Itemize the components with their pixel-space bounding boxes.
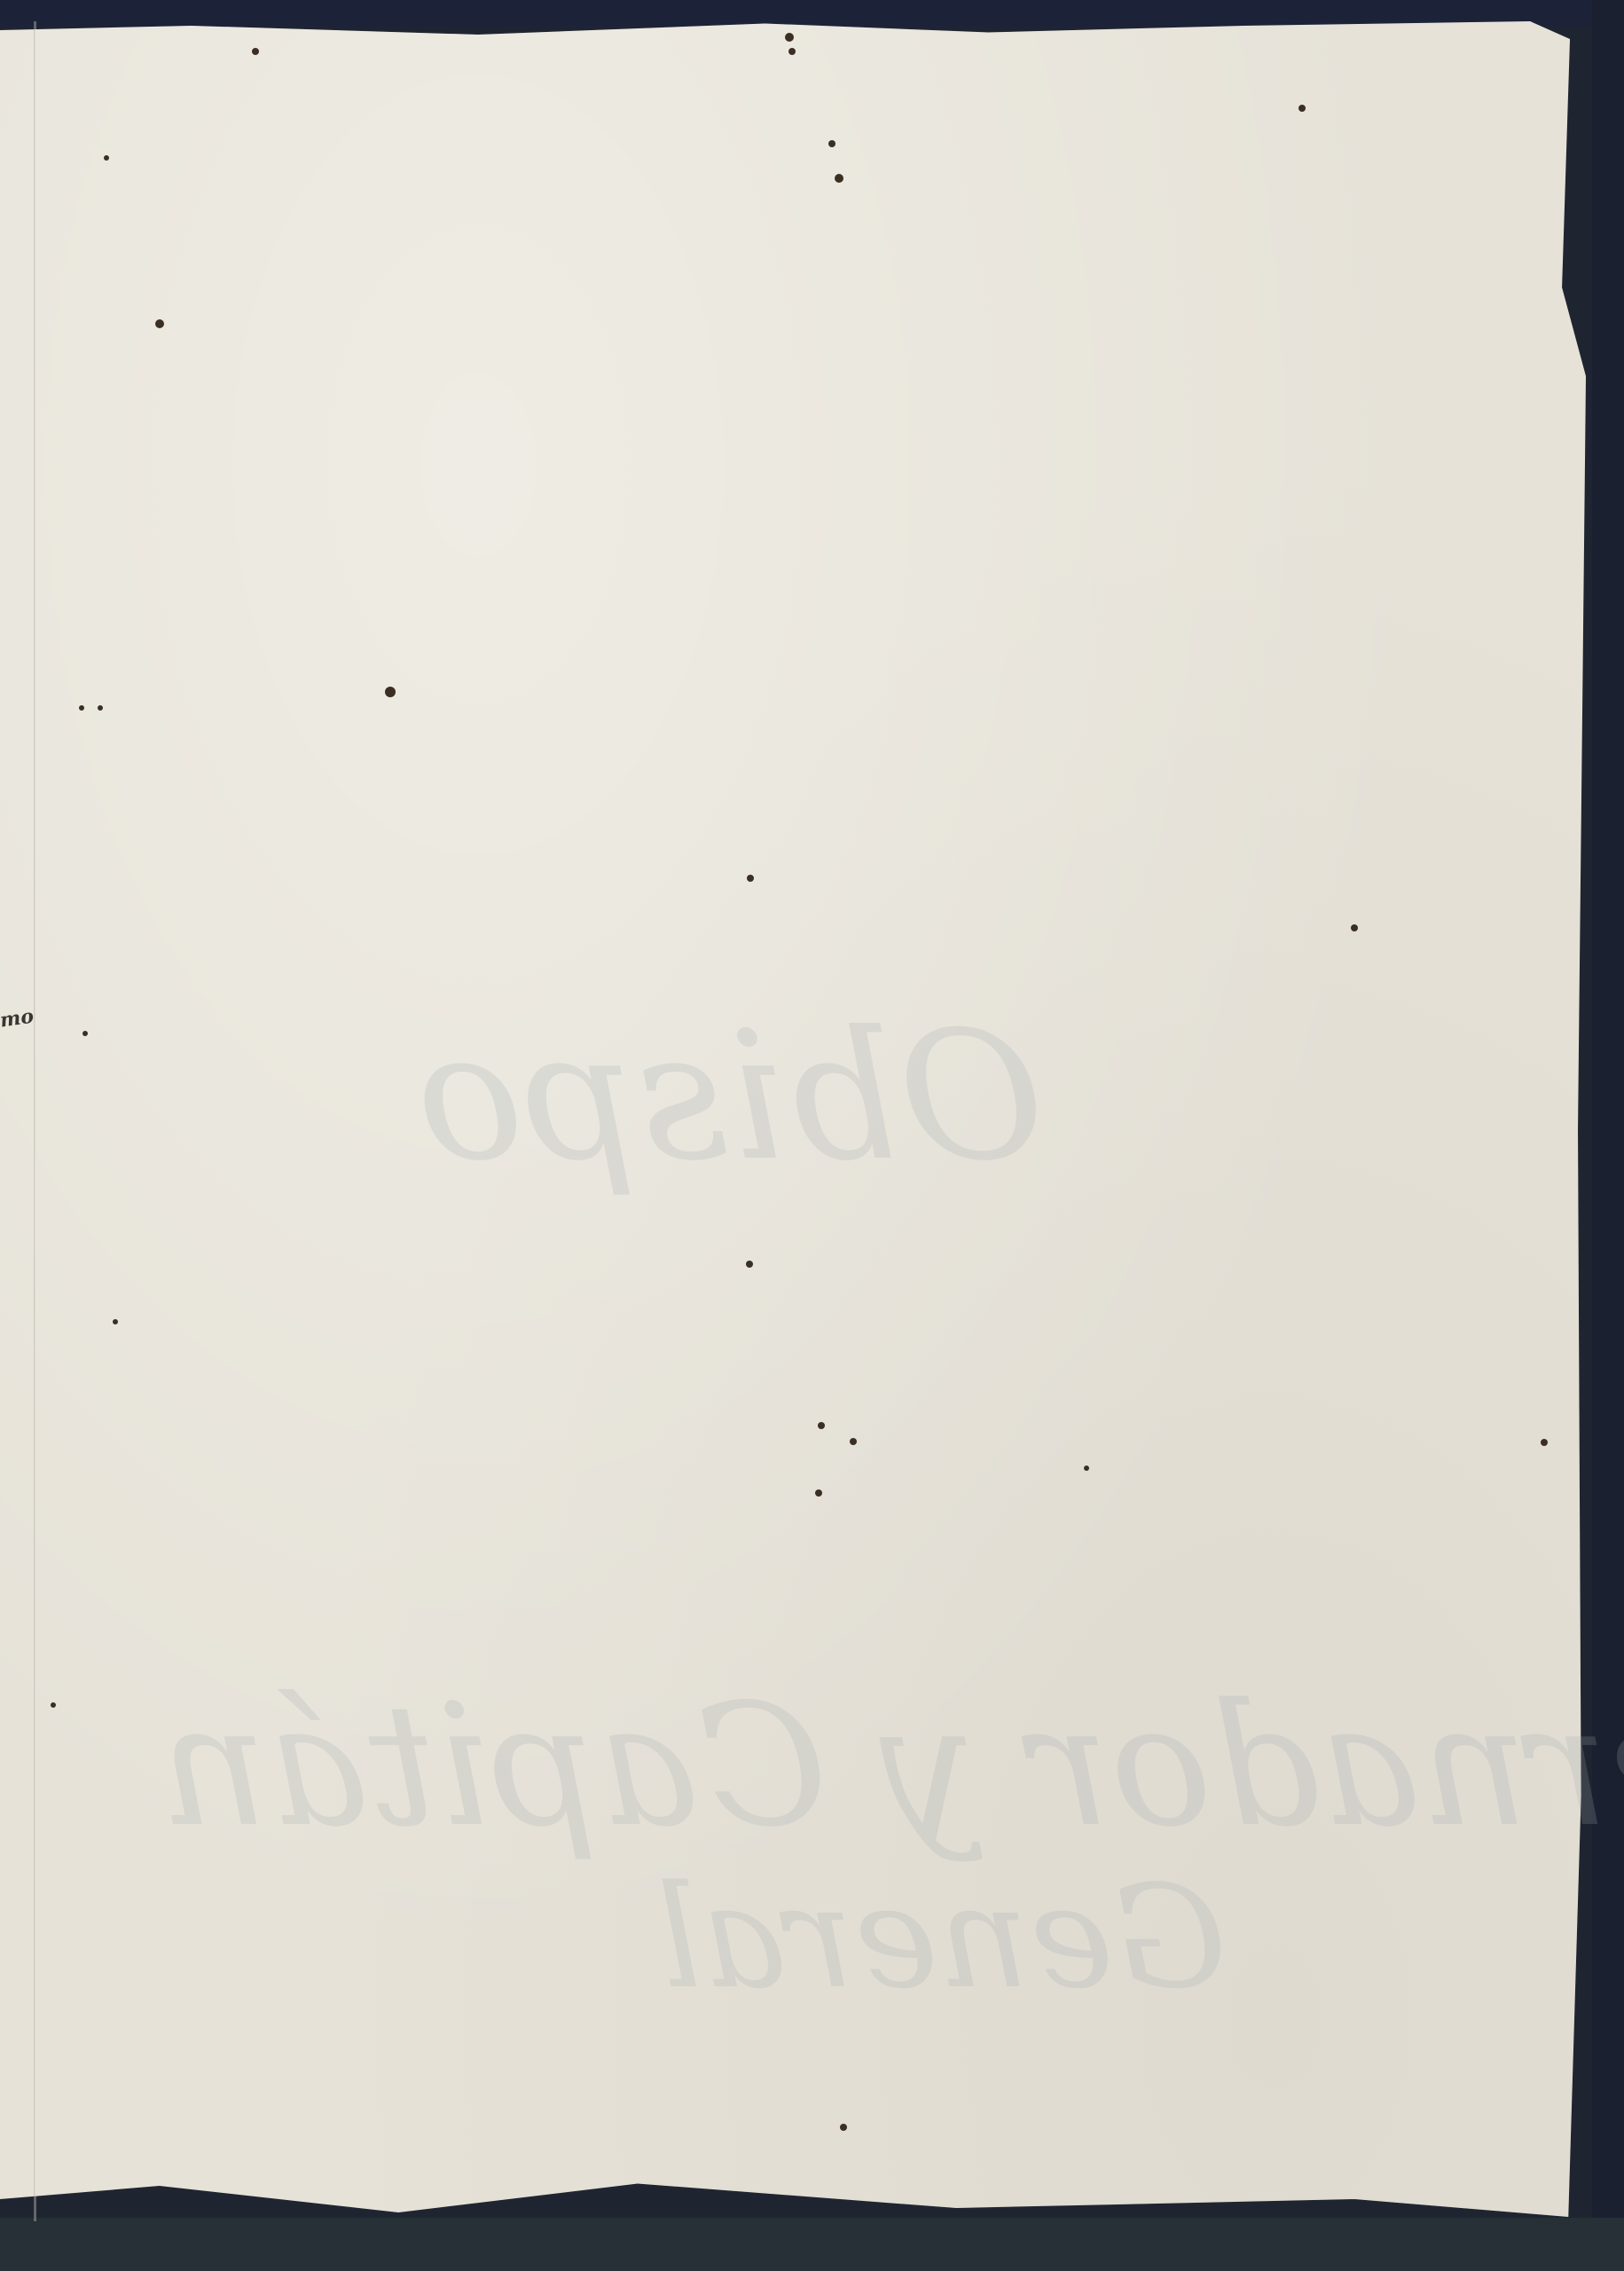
fold-crease (34, 21, 36, 2221)
foxing-spot (747, 875, 754, 882)
bleed-through-text-2: Gobernador y Capitán (160, 1668, 1624, 1864)
margin-ink-fragment: mo (0, 1004, 35, 1032)
foxing-spot (1298, 105, 1306, 112)
foxing-spot (51, 1702, 56, 1708)
foxing-spot (113, 1319, 118, 1324)
foxing-spot (98, 705, 103, 711)
foxing-spot (828, 140, 836, 147)
foxing-spot (1351, 924, 1358, 931)
bleed-through-text-1: Obispo (417, 994, 1044, 1200)
foxing-spot (104, 155, 109, 161)
scan-background-bottom (0, 2218, 1624, 2271)
bleed-through-text-3: General (656, 1854, 1227, 2020)
foxing-spot (850, 1438, 857, 1445)
foxing-spot (1541, 1439, 1548, 1446)
foxing-spot (155, 319, 164, 328)
foxing-spot (252, 48, 259, 55)
foxing-spot (840, 2124, 847, 2131)
foxing-spot (82, 1031, 88, 1036)
foxing-spot (788, 48, 796, 55)
foxing-spot (815, 1489, 822, 1497)
foxing-spot (746, 1261, 753, 1268)
foxing-spot (1084, 1466, 1089, 1471)
foxing-spot (835, 174, 843, 183)
scan-background-top (0, 0, 1624, 27)
foxing-spot (79, 705, 84, 711)
foxing-spot (818, 1422, 825, 1429)
foxing-spot (785, 33, 794, 42)
foxing-spot (385, 687, 396, 697)
scan-background-right (1592, 0, 1624, 2271)
